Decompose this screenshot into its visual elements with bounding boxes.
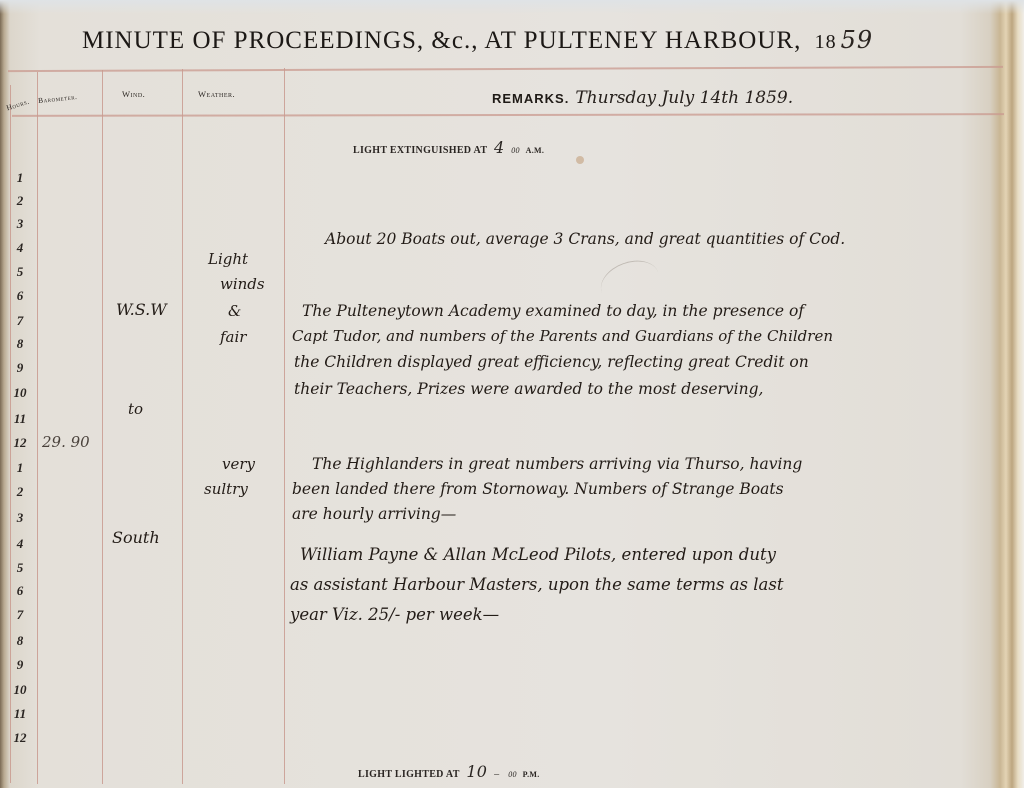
barometer-reading: 29. 90 xyxy=(42,433,90,451)
rule-weather-right xyxy=(284,68,285,784)
ledger-page: MINUTE OF PROCEEDINGS, &c., AT PULTENEY … xyxy=(0,0,1024,788)
hour-am-5: 5 xyxy=(8,264,32,280)
column-header-barometer: Barometer. xyxy=(38,92,78,105)
hour-pm-2: 2 xyxy=(8,484,32,500)
remark-entry-2-line-4: their Teachers, Prizes were awarded to t… xyxy=(294,380,763,398)
page-title: MINUTE OF PROCEEDINGS, &c., AT PULTENEY … xyxy=(82,26,873,55)
hour-am-12: 12 xyxy=(8,435,32,451)
column-header-weather: Weather. xyxy=(198,89,235,99)
remark-entry-4-line-2: as assistant Harbour Masters, upon the s… xyxy=(290,575,783,594)
light-lighted-dash: – xyxy=(494,769,499,780)
rule-wind-right xyxy=(182,69,183,784)
light-extinguished-minutes: 00 xyxy=(511,146,520,155)
hour-pm-6: 6 xyxy=(8,583,32,599)
rule-header-bottom xyxy=(12,113,1004,117)
wind-entry-wsw: W.S.W xyxy=(116,300,167,319)
weather-entry-light: Light xyxy=(208,250,248,268)
hour-am-7: 7 xyxy=(8,313,32,329)
weather-entry-sultry: sultry xyxy=(204,480,248,498)
remark-entry-3-line-2: been landed there from Stornoway. Number… xyxy=(292,480,784,498)
title-year-printed: 18 xyxy=(815,31,837,53)
remark-entry-2-line-2: Capt Tudor, and numbers of the Parents a… xyxy=(292,327,833,345)
weather-entry-fair: fair xyxy=(220,328,246,346)
hour-pm-9: 9 xyxy=(8,657,32,673)
page-edge-shadow xyxy=(0,0,1024,14)
remark-entry-3-line-1: The Highlanders in great numbers arrivin… xyxy=(312,455,802,473)
hour-am-4: 4 xyxy=(8,240,32,256)
remarks-label: REMARKS. xyxy=(492,91,569,106)
remark-entry-2-line-1: The Pulteneytown Academy examined to day… xyxy=(302,302,804,320)
light-lighted-label: LIGHT LIGHTED AT xyxy=(358,769,460,780)
remark-entry-4-line-1: William Payne & Allan McLeod Pilots, ent… xyxy=(300,545,776,564)
column-header-wind: Wind. xyxy=(122,89,145,99)
column-header-remarks: REMARKS.Thursday July 14th 1859. xyxy=(492,88,793,108)
hour-am-1: 1 xyxy=(8,170,32,186)
title-year-handwritten: 59 xyxy=(841,26,874,54)
hour-pm-5: 5 xyxy=(8,560,32,576)
hour-am-2: 2 xyxy=(8,193,32,209)
title-text: MINUTE OF PROCEEDINGS, &c., AT PULTENEY … xyxy=(82,27,801,54)
hour-pm-12: 12 xyxy=(8,730,32,746)
hour-pm-11: 11 xyxy=(8,706,32,722)
remark-entry-4-line-3: year Viz. 25/- per week— xyxy=(290,605,499,624)
remark-entry-3-line-3: are hourly arriving— xyxy=(292,505,456,523)
rule-hours-right xyxy=(37,72,38,784)
hour-pm-7: 7 xyxy=(8,607,32,623)
hour-am-6: 6 xyxy=(8,288,32,304)
hour-pm-10: 10 xyxy=(8,682,32,698)
weather-entry-and: & xyxy=(228,302,241,320)
light-lighted-period: P.M. xyxy=(523,770,540,779)
light-extinguished-period: A.M. xyxy=(526,146,545,155)
hour-am-8: 8 xyxy=(8,336,32,352)
wind-entry-south: South xyxy=(112,528,160,547)
weather-entry-winds: winds xyxy=(220,275,265,293)
light-lighted-minutes: 00 xyxy=(508,770,517,779)
rule-barometer-right xyxy=(102,70,103,784)
hour-am-3: 3 xyxy=(8,216,32,232)
hour-am-11: 11 xyxy=(8,411,32,427)
light-extinguished-hour: 4 xyxy=(494,138,504,157)
ink-blot xyxy=(576,156,584,164)
hour-pm-1: 1 xyxy=(8,460,32,476)
light-extinguished-line: LIGHT EXTINGUISHED AT 4 00 A.M. xyxy=(353,138,544,157)
remark-entry-2-line-3: the Children displayed great efficiency,… xyxy=(294,353,809,371)
hour-am-10: 10 xyxy=(8,385,32,401)
light-lighted-line: LIGHT LIGHTED AT 10 – 00 P.M. xyxy=(358,762,540,781)
weather-entry-very: very xyxy=(222,455,255,473)
light-extinguished-label: LIGHT EXTINGUISHED AT xyxy=(353,145,487,156)
hour-pm-8: 8 xyxy=(8,633,32,649)
rule-top xyxy=(8,66,1003,72)
hour-am-9: 9 xyxy=(8,360,32,376)
hour-pm-4: 4 xyxy=(8,536,32,552)
remark-entry-1-line-1: About 20 Boats out, average 3 Crans, and… xyxy=(325,230,845,248)
column-header-hours: Hours. xyxy=(5,97,30,113)
remarks-date: Thursday July 14th 1859. xyxy=(575,88,793,108)
light-lighted-hour: 10 xyxy=(466,762,487,781)
hour-pm-3: 3 xyxy=(8,510,32,526)
wind-entry-to: to xyxy=(128,400,143,418)
rule-hours-left xyxy=(10,85,11,783)
